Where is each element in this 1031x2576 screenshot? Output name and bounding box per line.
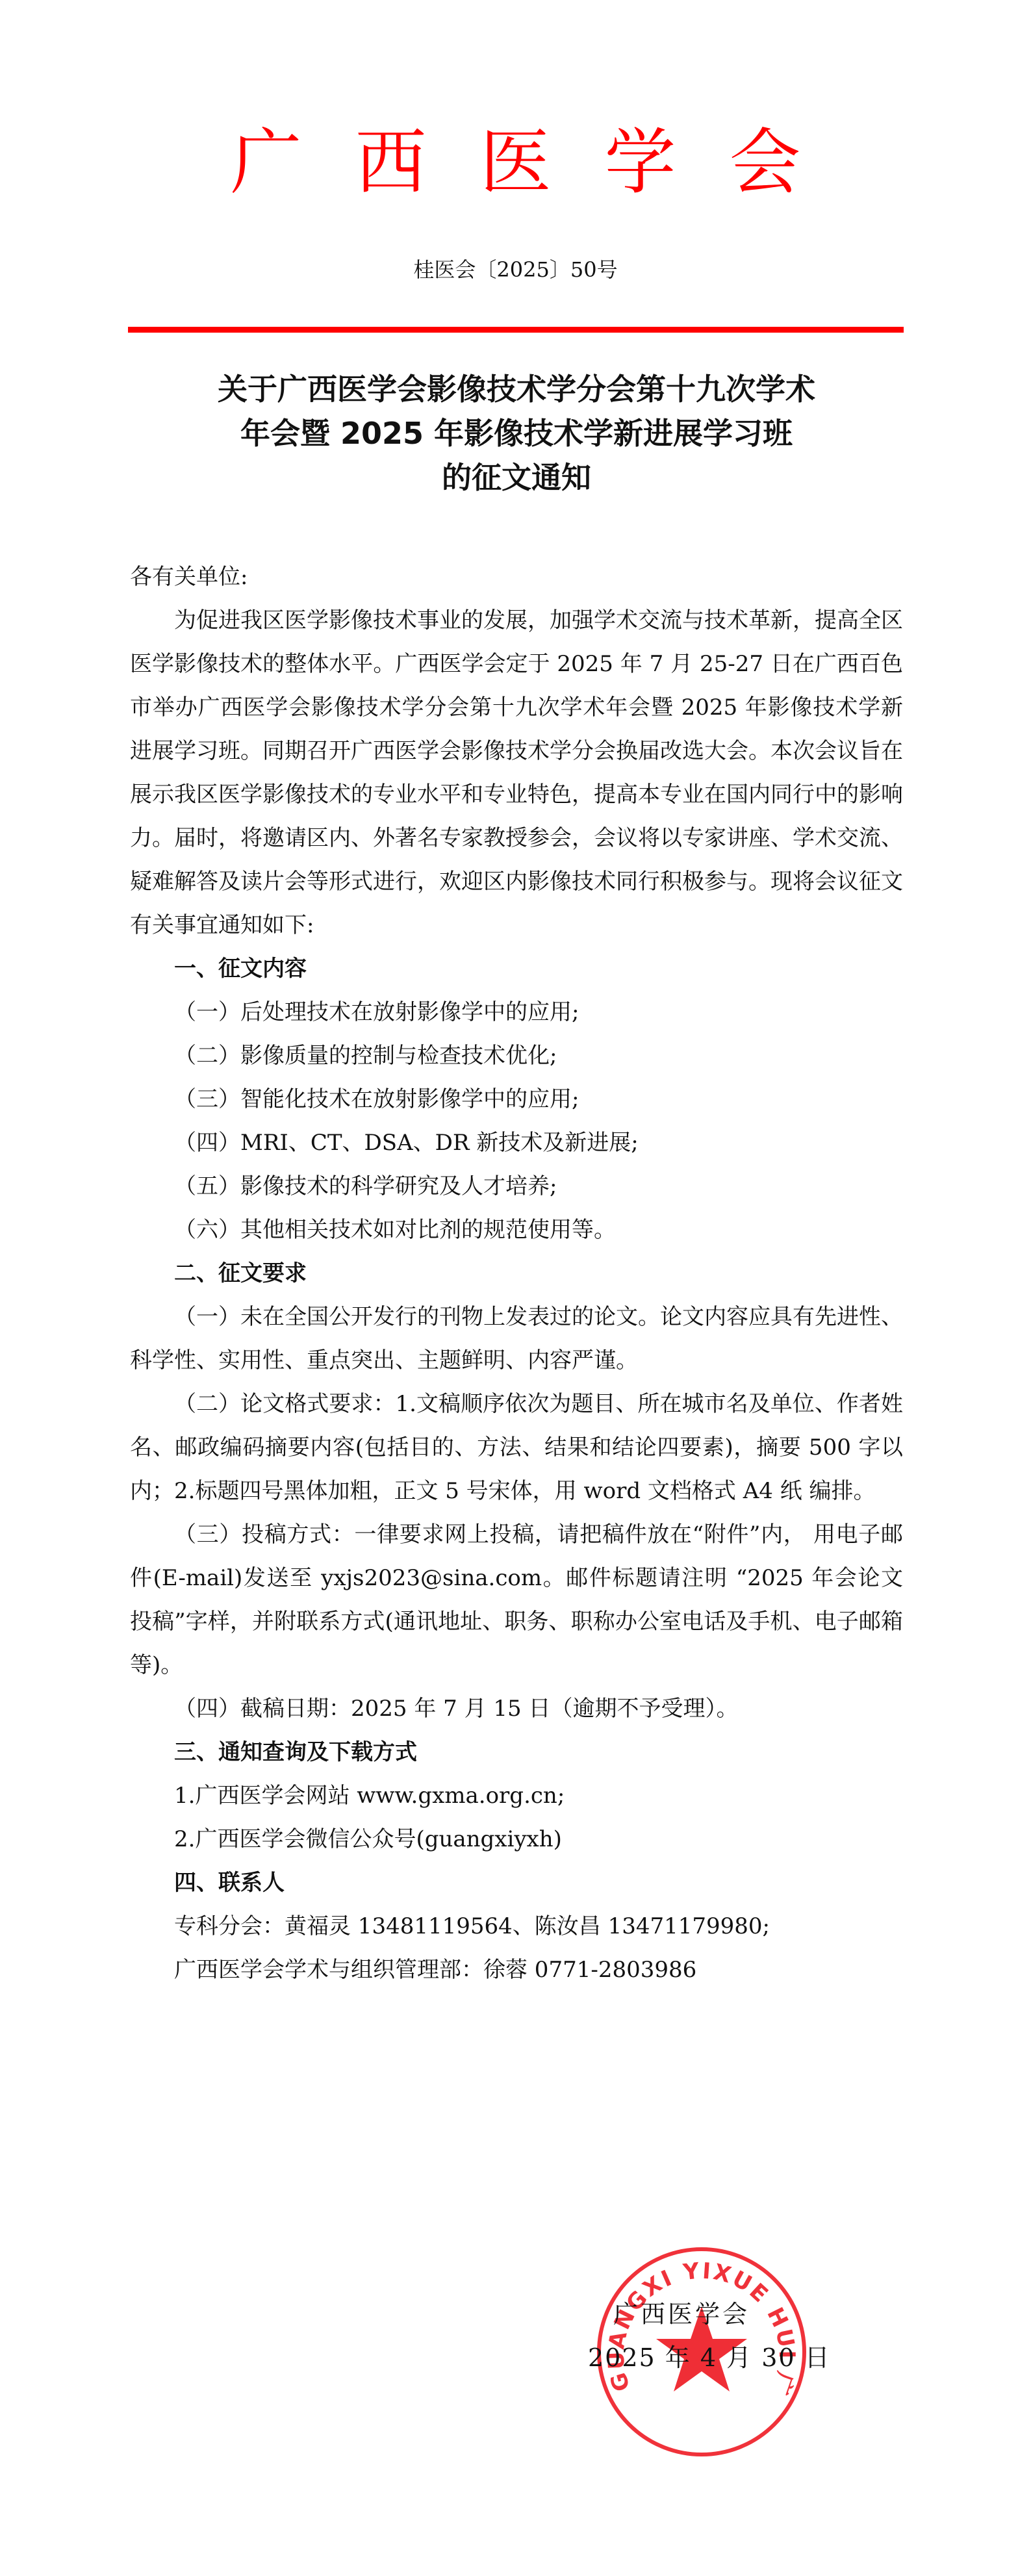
signature-org: 广西医学会	[613, 2300, 750, 2328]
topic-item: （六）其他相关技术如对比剂的规范使用等。	[130, 1208, 903, 1252]
section-heading-topics: 一、征文内容	[130, 947, 903, 991]
topic-item: （三）智能化技术在放射影像学中的应用;	[130, 1078, 903, 1121]
requirement-paragraph: （三）投稿方式：一律要求网上投稿，请把稿件放在“附件”内， 用电子邮件(E-ma…	[130, 1513, 903, 1687]
red-header-rule	[128, 327, 904, 333]
intro-paragraph: 为促进我区医学影像技术事业的发展，加强学术交流与技术革新，提高全区医学影像技术的…	[130, 599, 903, 947]
topic-item: （二）影像质量的控制与检查技术优化;	[130, 1034, 903, 1078]
title-line: 年会暨 2025 年影像技术学新进展学习班	[97, 411, 936, 455]
document-body: 各有关单位: 为促进我区医学影像技术事业的发展，加强学术交流与技术革新，提高全区…	[130, 555, 903, 1992]
requirement-paragraph: （一）未在全国公开发行的刊物上发表过的论文。论文内容应具有先进性、科学性、实用性…	[130, 1295, 903, 1383]
query-item-website: 1.广西医学会网站 www.gxma.org.cn;	[130, 1774, 903, 1818]
section-heading-query: 三、通知查询及下载方式	[130, 1731, 903, 1774]
topic-item: （四）MRI、CT、DSA、DR 新技术及新进展;	[130, 1121, 903, 1165]
salutation: 各有关单位:	[130, 555, 903, 599]
signature-date: 2025 年 4 月 30 日	[588, 2343, 831, 2372]
title-line: 的征文通知	[97, 455, 936, 500]
requirement-paragraph: （四）截稿日期：2025 年 7 月 15 日（逾期不予受理）。	[130, 1687, 903, 1731]
section-heading-contacts: 四、联系人	[130, 1861, 903, 1905]
title-line: 关于广西医学会影像技术学分会第十九次学术	[97, 367, 936, 411]
contact-item: 广西医学会学术与组织管理部：徐蓉 0771-2803986	[130, 1948, 903, 1992]
query-item-wechat: 2.广西医学会微信公众号(guangxiyxh)	[130, 1818, 903, 1861]
document-number: 桂医会〔2025〕50号	[0, 257, 1031, 283]
topic-item: （一）后处理技术在放射影像学中的应用;	[130, 991, 903, 1034]
masthead-org-name: 广西医学会	[0, 123, 1031, 201]
document-title: 关于广西医学会影像技术学分会第十九次学术 年会暨 2025 年影像技术学新进展学…	[97, 367, 936, 500]
section-heading-requirements: 二、征文要求	[130, 1252, 903, 1295]
requirement-paragraph: （二）论文格式要求：1.文稿顺序依次为题目、所在城市名及单位、作者姓名、邮政编码…	[130, 1383, 903, 1513]
topic-item: （五）影像技术的科学研究及人才培养;	[130, 1165, 903, 1208]
contact-item: 专科分会：黄福灵 13481119564、陈汝昌 13471179980;	[130, 1905, 903, 1948]
